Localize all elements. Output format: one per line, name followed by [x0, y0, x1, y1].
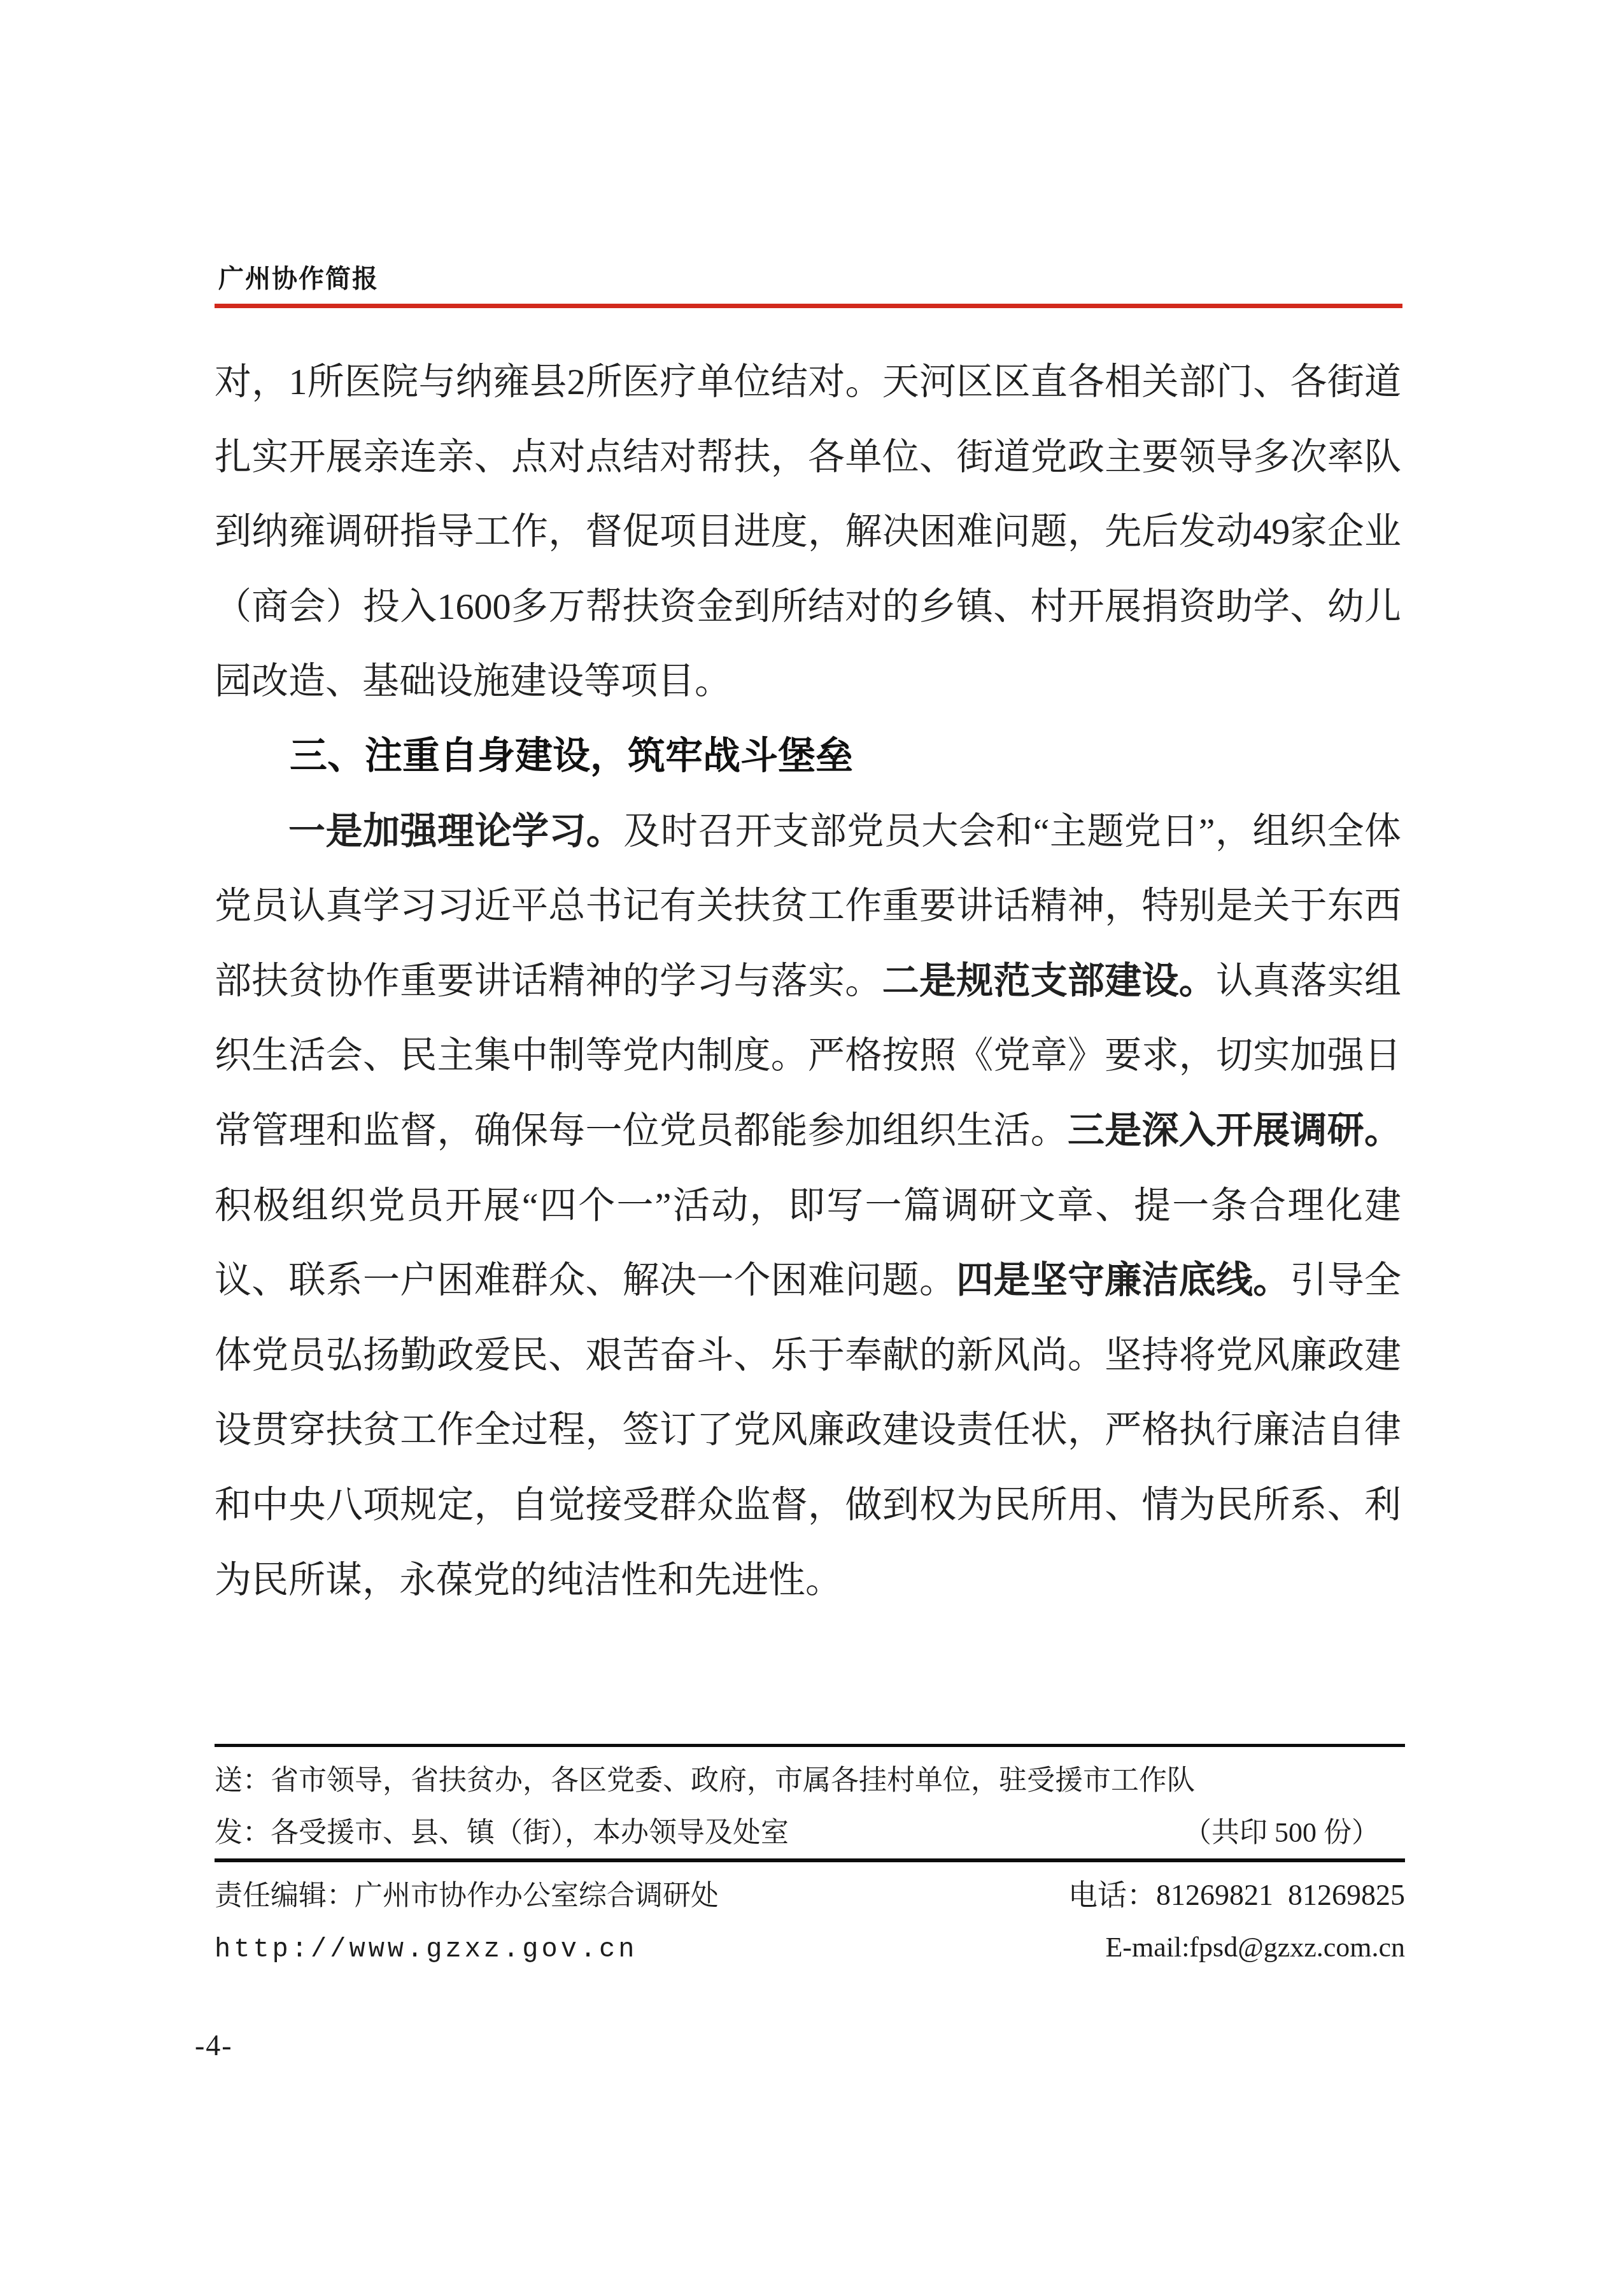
bold-run-7: 四是坚守廉洁底线。	[956, 1259, 1290, 1301]
page-number: -4-	[195, 2028, 233, 2062]
text-run-8: 引导全体党员弘扬勤政爱民、艰苦奋斗、乐于奉献的新风尚。坚持将党风廉政建设贯穿扶贫…	[215, 1259, 1401, 1600]
contact-row: http://www.gzxz.gov.cn E-mail:fpsd@gzxz.…	[215, 1923, 1405, 1974]
body-text-column: 对，1所医院与纳雍县2所医疗单位结对。天河区区直各相关部门、各街道扎实开展亲连亲…	[215, 344, 1401, 1617]
distribution-send-row: 送：省市领导，省扶贫办，各区党委、政府，市属各挂村单位，驻受援市工作队	[215, 1756, 1405, 1806]
section-heading: 三、注重自身建设，筑牢战斗堡垒	[215, 719, 1401, 794]
bulletin-title: 广州协作简报	[218, 264, 379, 294]
distribution-issue-row: 发：各受援市、县、镇（街），本办领导及处室 （共印 500 份）	[215, 1808, 1405, 1858]
paragraph-continuation: 对，1所医院与纳雍县2所医疗单位结对。天河区区直各相关部门、各街道扎实开展亲连亲…	[215, 344, 1401, 719]
phone-numbers: 电话：81269821 81269825	[1068, 1871, 1405, 1920]
footer-top-divider	[215, 1744, 1405, 1747]
print-count: （共印 500 份）	[1183, 1808, 1405, 1858]
bold-run-5: 三是深入开展调研。	[1068, 1110, 1401, 1151]
header-red-divider	[215, 304, 1402, 308]
website-url: http://www.gzxz.gov.cn	[215, 1925, 638, 1974]
footer-bottom-divider	[215, 1858, 1405, 1862]
editor-text: 责任编辑：广州市协作办公室综合调研处	[215, 1871, 719, 1921]
email-address: E-mail:fpsd@gzxz.com.cn	[1105, 1923, 1405, 1972]
distribution-send-text: 送：省市领导，省扶贫办，各区党委、政府，市属各挂村单位，驻受援市工作队	[215, 1756, 1195, 1806]
distribution-issue-text: 发：各受援市、县、镇（街），本办领导及处室	[215, 1808, 789, 1858]
paragraph-self-building: 一是加强理论学习。及时召开支部党员大会和“主题党日”，组织全体党员认真学习习近平…	[215, 794, 1401, 1618]
bold-run-1: 一是加强理论学习。	[288, 810, 623, 852]
document-page: 广州协作简报 对，1所医院与纳雍县2所医疗单位结对。天河区区直各相关部门、各街道…	[0, 0, 1624, 2278]
bold-run-3: 二是规范支部建设。	[882, 960, 1216, 1001]
editor-row: 责任编辑：广州市协作办公室综合调研处 电话：81269821 81269825	[215, 1871, 1405, 1921]
